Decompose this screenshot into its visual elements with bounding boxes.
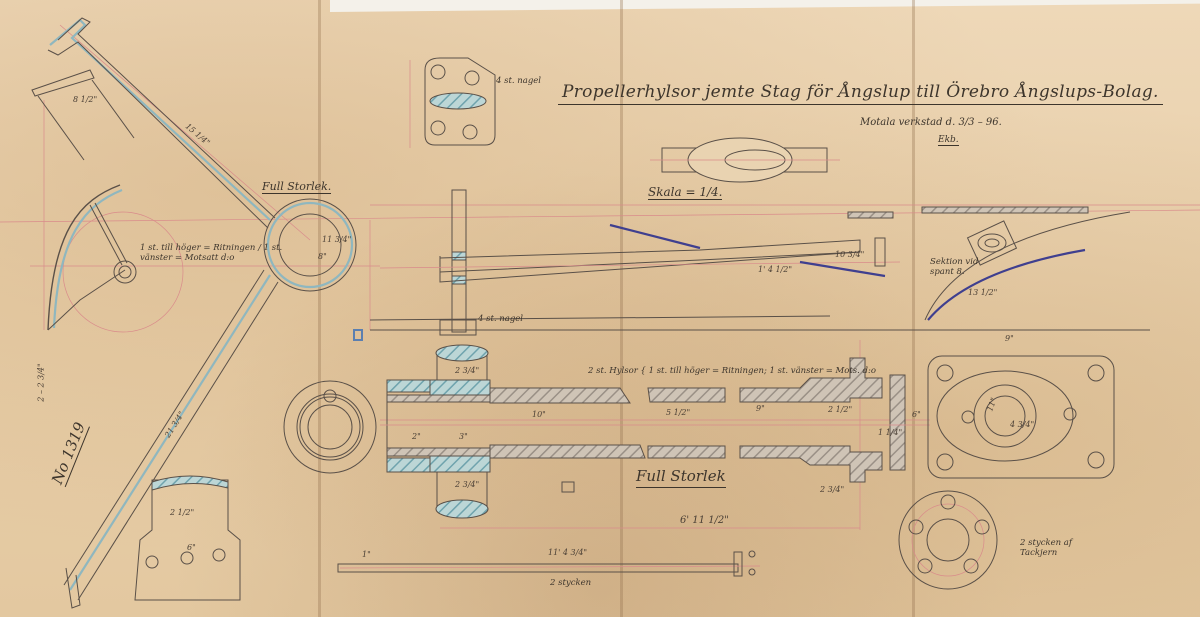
dim-sleeve-0: 2 3/4" [455, 366, 479, 375]
bolt-label-mid: 4 st. nagel [478, 314, 523, 324]
bolt-note: 2 stycken af Tackjern [1020, 538, 1080, 558]
rods-note: 2 stycken [550, 578, 591, 588]
strut-drawing [32, 18, 356, 608]
full-size-label-sleeve: Full Storlek [636, 467, 726, 488]
dim-sleeve-4: 10" [532, 410, 546, 419]
dim-sleeve-3: 3" [459, 432, 468, 441]
dim-boss: 6" [187, 543, 196, 552]
strut-foot-plate [135, 476, 240, 600]
dim-strut-width: 2 1/2" [170, 508, 194, 517]
rectangular-flange-plan [928, 356, 1114, 478]
top-bolt-plate [410, 58, 495, 148]
dim-flange-width: 9" [1005, 334, 1014, 343]
dim-blade-boss: 8 1/2" [73, 95, 97, 104]
blue-mark [354, 330, 362, 340]
dim-rod-end: 1" [362, 550, 371, 559]
dim-sleeve-length: 6' 11 1/2" [680, 515, 729, 526]
dim-sleeve-9: 6" [912, 410, 921, 419]
bolt-label-top: 4 st. nagel [496, 76, 541, 86]
sketch-mark [562, 482, 574, 492]
dim-sleeve-5: 5 1/2" [666, 408, 690, 417]
end-view-flange [284, 381, 376, 473]
signature: Ekb. [938, 135, 959, 146]
dim-scale: 1' 4 1/2" [758, 265, 792, 274]
dim-scale-2: 10 3/4" [835, 250, 864, 259]
drawing-sheet: Propellerhylsor jemte Stag för Ångslup t… [0, 0, 1200, 617]
oval-flange-plan [650, 138, 840, 182]
dim-sleeve-2: 2" [412, 432, 421, 441]
drawing-title: Propellerhylsor jemte Stag för Ångslup t… [558, 82, 1163, 105]
scale-label: Skala = 1/4. [648, 185, 722, 200]
date-line: Motala verkstad d. 3/3 – 96. [860, 117, 1002, 128]
dim-hub-inner: 8" [318, 252, 327, 261]
dim-rod-length: 11' 4 3/4" [548, 548, 587, 557]
full-size-label-strut: Full Storlek. [262, 180, 331, 194]
dim-sleeve-8: 2 3/4" [820, 485, 844, 494]
bolt-circle-plate [899, 491, 997, 589]
dim-spant: 13 1/2" [968, 288, 997, 297]
section-note: Sektion vid spant 8. [930, 257, 990, 277]
dim-angle: 2 – 2 3/4" [37, 363, 46, 401]
dim-hub-outer: 11 3/4" [322, 235, 351, 244]
dim-sleeve-7: 2 1/2" [828, 405, 852, 414]
dim-sleeve-10: 1 1/4" [878, 428, 902, 437]
dim-sleeve-1: 2 3/4" [455, 480, 479, 489]
sleeve-quantity-note: 2 st. Hylsor { 1 st. till höger = Ritnin… [588, 366, 876, 376]
strut-quantity-note: 1 st. till höger = Ritningen / 1 st. vän… [140, 243, 290, 263]
dim-flange-bore: 4 3/4" [1010, 420, 1034, 429]
dim-sleeve-6: 9" [756, 404, 765, 413]
